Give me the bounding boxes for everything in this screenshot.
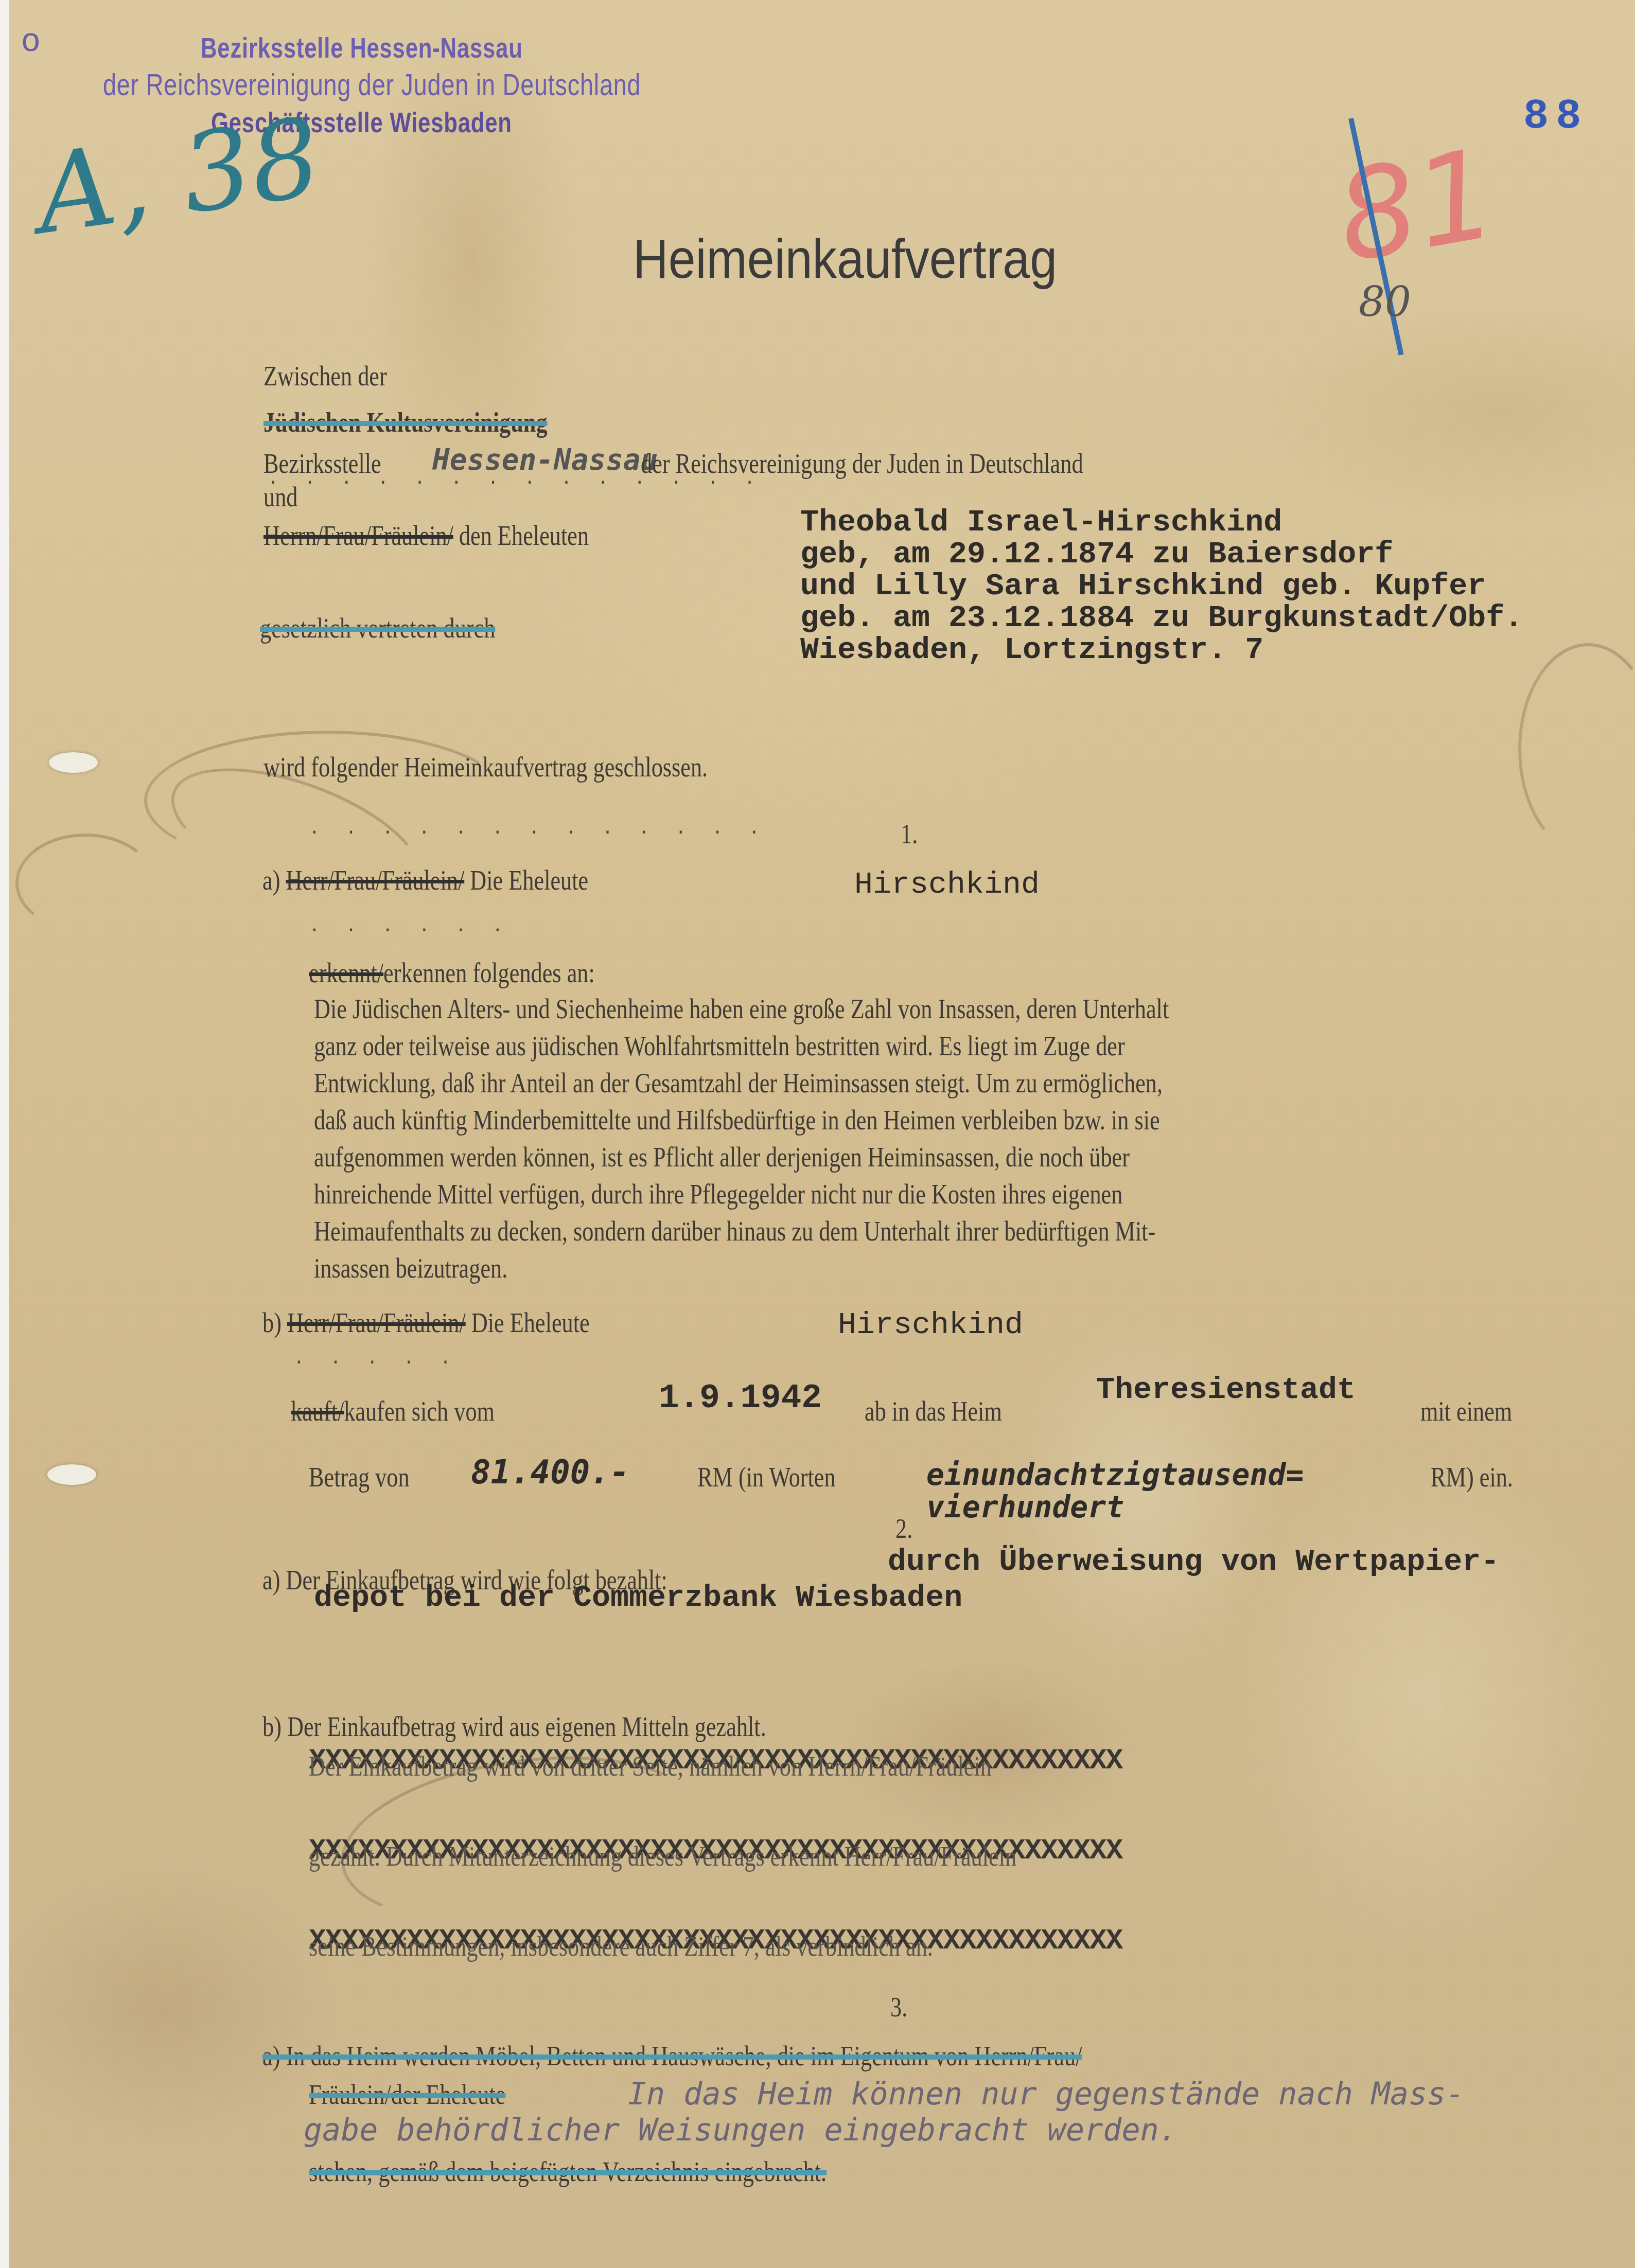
section1b-label: b) xyxy=(262,1307,282,1338)
section3-typed-line2: gabe behördlicher Weisungen eingebracht … xyxy=(304,2112,1177,2148)
section1-number: 1. xyxy=(901,818,918,850)
struck-salutation: Herrn/Frau/Fräulein/ xyxy=(263,520,453,551)
party-line: Wiesbaden, Lortzingstr. 7 xyxy=(800,634,1523,666)
struck-clause-1: XXXXXXXXXXXXXXXXXXXXXXXXXXXXXXXXXXXXXXXX… xyxy=(309,1744,1141,1782)
party-line: und Lilly Sara Hirschkind geb. Kupfer xyxy=(800,571,1523,603)
section1b-struck-verb: kauft/ xyxy=(291,1396,344,1427)
section1a-struck-verb: erkennt/ xyxy=(309,958,383,988)
from-into-label: ab in das Heim xyxy=(865,1395,1002,1427)
struck-org: Jüdischen Kultusvereinigung xyxy=(263,406,548,438)
paragraph-line: Entwicklung, daß ihr Anteil an der Gesam… xyxy=(314,1065,1377,1102)
words-label: RM (in Worten xyxy=(697,1461,836,1493)
struck-clause-3: XXXXXXXXXXXXXXXXXXXXXXXXXXXXXXXXXXXXXXXX… xyxy=(309,1924,1225,1962)
section1b-name: Hirschkind xyxy=(838,1308,1023,1343)
section3-typed-line1: In das Heim können nur gegenstände nach … xyxy=(628,2076,1465,2112)
party-line: geb. am 23.12.1884 zu Burgkunstadt/Obf. xyxy=(800,603,1523,634)
section1a-name: Hirschkind xyxy=(854,867,1040,902)
section2b-text: Der Einkaufbetrag wird aus eigenen Mitte… xyxy=(287,1711,766,1742)
amount-value: 81.400.- xyxy=(471,1454,629,1492)
section2-number: 2. xyxy=(895,1513,912,1545)
section1b-line: b) Herr/Frau/Fräulein/ Die Eheleute xyxy=(262,1307,590,1339)
intro-concluded: wird folgender Heimeinkaufvertrag geschl… xyxy=(263,751,708,783)
struck-clause-2: XXXXXXXXXXXXXXXXXXXXXXXXXXXXXXXXXXXXXXXX… xyxy=(309,1834,1172,1872)
amount-words-line1: einundachtzigtausend= xyxy=(926,1457,1304,1492)
section1a-struck: Herr/Frau/Fräulein/ xyxy=(286,865,464,896)
paragraph-line: Heimaufenthalts zu decken, sondern darüb… xyxy=(314,1213,1377,1250)
amount-words-line2: vierhundert xyxy=(926,1490,1124,1525)
page-number: 88 xyxy=(1523,93,1588,140)
struck-clause-text: gezahlt. Durch Mitunterzeichnung dieses … xyxy=(309,1840,1016,1872)
circle-mark: o xyxy=(22,21,40,59)
section1a-paragraph: Die Jüdischen Alters- und Siechenheime h… xyxy=(314,990,1611,1287)
amount-label: Betrag von xyxy=(309,1461,410,1493)
punch-hole xyxy=(47,1464,96,1485)
paragraph-line: aufgenommen werden können, ist es Pflich… xyxy=(314,1139,1377,1176)
home-name: Theresienstadt xyxy=(1096,1373,1356,1408)
section3-struck-line2: Fräulein/der Eheleute xyxy=(309,2079,505,2111)
section3-struck-line1: a) In das Heim werden Möbel, Betten und … xyxy=(262,2040,1082,2072)
currency-close: RM) ein. xyxy=(1431,1461,1513,1493)
section1a-label: a) xyxy=(262,865,280,896)
intro-between: Zwischen der xyxy=(263,360,387,392)
purchase-date: 1.9.1942 xyxy=(659,1379,822,1417)
pencil-number: 80 xyxy=(1359,278,1411,326)
section2b-label: b) xyxy=(262,1711,282,1742)
section1b-verb: kaufen sich vom xyxy=(344,1396,495,1427)
stamp-line-2: der Reichsvereinigung der Juden in Deuts… xyxy=(103,67,641,102)
with-a-label: mit einem xyxy=(1420,1395,1512,1427)
dotted-fill: . . . . . . . . . . . . . . xyxy=(268,468,762,489)
struck-clause-text: seine Bestimmungen, insbesondere auch Zi… xyxy=(309,1930,1060,1962)
dotted-fill: . . . . . xyxy=(293,1348,458,1369)
section3-number: 3. xyxy=(890,1991,907,2023)
water-stain xyxy=(15,834,155,932)
section1a-verb: erkennen folgendes an: xyxy=(383,958,595,988)
section2b-line: b) Der Einkaufbetrag wird aus eigenen Mi… xyxy=(262,1711,766,1743)
paragraph-line: ganz oder teilweise aus jüdischen Wohlfa… xyxy=(314,1027,1377,1065)
document-title: Heimeinkaufvertrag xyxy=(633,226,1057,291)
struck-clause-text: Der Einkaufbetrag wird von dritter Seite… xyxy=(309,1750,992,1782)
paragraph-line: insassen beizutragen. xyxy=(314,1250,1377,1287)
stamp-line-1: Bezirksstelle Hessen-Nassau xyxy=(201,31,523,64)
section1b-subject: Die Eheleute xyxy=(471,1307,590,1338)
section1a-line: a) Herr/Frau/Fräulein/ Die Eheleute xyxy=(262,864,588,896)
dotted-fill: . . . . . . . . . . . . . xyxy=(309,818,767,839)
struck-representation: gesetzlich vertreten durch xyxy=(260,612,495,644)
red-crayon-number: 81 xyxy=(1327,121,1506,291)
paragraph-line: hinreichende Mittel verfügen, durch ihre… xyxy=(314,1176,1377,1213)
section1b-struck: Herr/Frau/Fräulein/ xyxy=(287,1307,466,1338)
party-line: geb, am 29.12.1874 zu Baiersdorf xyxy=(800,539,1523,571)
paragraph-line: daß auch künftig Minderbemittelte und Hi… xyxy=(314,1102,1377,1139)
payment-method-line2: depot bei der Commerzbank Wiesbaden xyxy=(314,1581,962,1616)
punch-hole xyxy=(49,752,98,773)
section1b-verb-line: kauft/kaufen sich vom xyxy=(291,1395,495,1427)
section2a-label: a) xyxy=(262,1565,280,1596)
section1a-subject: Die Eheleute xyxy=(470,865,588,896)
salutation-line: Herrn/Frau/Fräulein/ den Eheleuten xyxy=(263,520,589,552)
dotted-fill: . . . . . . xyxy=(309,916,511,937)
section1a-verb-line: erkennt/erkennen folgendes an: xyxy=(309,957,595,989)
parties-block: Theobald Israel-Hirschkind geb, am 29.12… xyxy=(800,507,1523,666)
paragraph-line: Die Jüdischen Alters- und Siechenheime h… xyxy=(314,990,1377,1027)
section3-struck-line3: stehen, gemäß dem beigefügten Verzeichni… xyxy=(309,2156,827,2188)
spouses-label: den Eheleuten xyxy=(459,520,589,551)
party-line: Theobald Israel-Hirschkind xyxy=(800,507,1523,539)
payment-method-line1: durch Überweisung von Wertpapier- xyxy=(888,1545,1499,1580)
intro-und: und xyxy=(263,481,297,513)
